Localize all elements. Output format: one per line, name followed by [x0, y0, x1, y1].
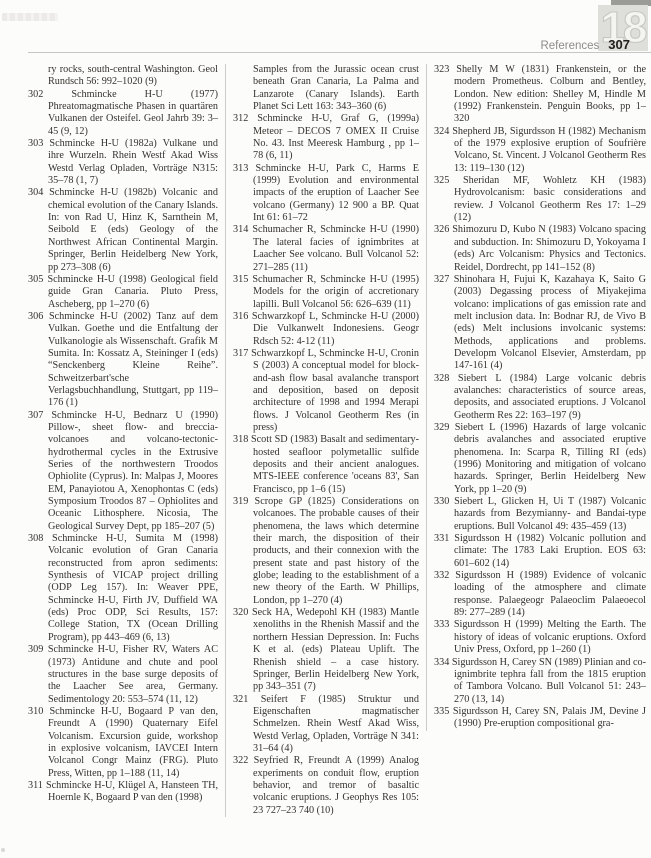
reference-entry: 311 Schmincke H-U, Klügel A, Hansteen TH…: [28, 780, 218, 805]
scan-artifact: [2, 13, 58, 21]
reference-entry: 303 Schmincke H-U (1982a) Vulkane und ih…: [28, 138, 218, 187]
reference-number: 305: [28, 274, 43, 285]
reference-number: 307: [28, 410, 43, 421]
reference-number: 313: [233, 163, 248, 174]
reference-entry: 305 Schmincke H-U (1998) Geological fiel…: [28, 274, 218, 311]
reference-number: 328: [434, 373, 449, 384]
reference-number: 310: [28, 706, 43, 717]
page-number: 307: [608, 37, 630, 52]
reference-number: 311: [28, 780, 43, 791]
reference-entry: 323 Shelly M W (1831) Frankenstein, or t…: [434, 64, 646, 126]
reference-entry: 326 Shimozuru D, Kubo N (1983) Volcano s…: [434, 224, 646, 273]
header-section-label: References: [540, 40, 599, 52]
reference-entry: 327 Shinohara H, Fujui K, Kazahaya K, Sa…: [434, 274, 646, 373]
reference-number: 327: [434, 274, 449, 285]
reference-continuation: Samples from the Jurassic ocean crust be…: [233, 64, 419, 113]
reference-number: 332: [434, 570, 449, 581]
reference-entry: 310 Schmincke H-U, Bogaard P van den, Fr…: [28, 706, 218, 780]
reference-entry: 302 Schmincke H-U (1977) Phreatomagmatis…: [28, 89, 218, 138]
reference-entry: 333 Sigurdsson H (1999) Melting the Eart…: [434, 619, 646, 656]
reference-entry: 320 Seck HA, Wedepohl KH (1983) Mantle x…: [233, 607, 419, 693]
reference-entry: 309 Schmincke H-U, Fisher RV, Waters AC …: [28, 644, 218, 706]
reference-number: 334: [434, 657, 449, 668]
reference-number: 324: [434, 126, 449, 137]
reference-number: 312: [233, 113, 248, 124]
reference-entry: 308 Schmincke H-U, Sumita M (1998) Volca…: [28, 533, 218, 644]
reference-number: 308: [28, 533, 43, 544]
reference-entry: 313 Schmincke H-U, Park C, Harms E (1999…: [233, 163, 419, 225]
reference-number: 314: [233, 224, 248, 235]
reference-entry: 321 Seifert F (1985) Struktur und Eigens…: [233, 694, 419, 756]
reference-entry: 325 Sheridan MF, Wohletz KH (1983) Hydro…: [434, 175, 646, 224]
reference-entry: 331 Sigurdsson H (1982) Volcanic polluti…: [434, 533, 646, 570]
reference-entry: 315 Schumacher R, Schmincke H-U (1995) M…: [233, 274, 419, 311]
reference-entry: 314 Schumacher R, Schmincke H-U (1990) T…: [233, 224, 419, 273]
reference-number: 317: [233, 348, 248, 359]
reference-continuation: ry rocks, south-central Washington. Geol…: [28, 64, 218, 89]
reference-number: 333: [434, 619, 449, 630]
reference-entry: 322 Seyfried R, Freundt A (1999) Analog …: [233, 755, 419, 817]
reference-number: 318: [233, 434, 248, 445]
reference-number: 323: [434, 64, 449, 75]
reference-entry: 318 Scott SD (1983) Basalt and sedimenta…: [233, 434, 419, 496]
references-column-1: ry rocks, south-central Washington. Geol…: [28, 64, 218, 805]
running-header: References 307: [540, 37, 630, 52]
reference-number: 306: [28, 311, 43, 322]
reference-number: 303: [28, 138, 43, 149]
reference-number: 325: [434, 175, 449, 186]
reference-entry: 306 Schmincke H-U (2002) Tanz auf dem Vu…: [28, 311, 218, 410]
reference-number: 309: [28, 644, 43, 655]
reference-entry: 304 Schmincke H-U (1982b) Volcanic and c…: [28, 187, 218, 273]
reference-number: 331: [434, 533, 449, 544]
reference-entry: 334 Sigurdsson H, Carey SN (1989) Plinia…: [434, 657, 646, 706]
scan-artifact-dot: [1, 848, 5, 852]
reference-number: 304: [28, 187, 43, 198]
reference-number: 321: [233, 694, 248, 705]
reference-entry: 319 Scrope GP (1825) Considerations on v…: [233, 496, 419, 607]
reference-entry: 312 Schmincke H-U, Graf G, (1999a) Meteo…: [233, 113, 419, 162]
reference-number: 322: [233, 755, 248, 766]
references-block: ry rocks, south-central Washington. Geol…: [28, 64, 646, 817]
reference-entry: 316 Schwarzkopf L, Schmincke H-U (2000) …: [233, 311, 419, 348]
reference-entry: 330 Siebert L, Glicken H, Ui T (1987) Vo…: [434, 496, 646, 533]
reference-number: 320: [233, 607, 248, 618]
reference-entry: 332 Sigurdsson H (1989) Evidence of volc…: [434, 570, 646, 619]
reference-number: 329: [434, 422, 449, 433]
reference-number: 335: [434, 706, 449, 717]
reference-entry: 307 Schmincke H-U, Bednarz U (1990) Pill…: [28, 410, 218, 533]
reference-entry: 328 Siebert L (1984) Large volcanic debr…: [434, 373, 646, 422]
reference-number: 315: [233, 274, 248, 285]
references-column-2: Samples from the Jurassic ocean crust be…: [225, 64, 419, 817]
reference-entry: 335 Sigurdsson H, Carey SN, Palais JM, D…: [434, 706, 646, 731]
reference-number: 302: [28, 89, 43, 100]
reference-number: 316: [233, 311, 248, 322]
reference-entry: 329 Siebert L (1996) Hazards of large vo…: [434, 422, 646, 496]
reference-number: 319: [233, 496, 248, 507]
book-page: 18 References 307 ry rocks, south-centra…: [0, 0, 651, 858]
reference-entry: 324 Shepherd JB, Sigurdsson H (1982) Mec…: [434, 126, 646, 175]
reference-number: 330: [434, 496, 449, 507]
reference-number: 326: [434, 224, 449, 235]
reference-entry: 317 Schwarzkopf L, Schmincke H-U, Cronin…: [233, 348, 419, 434]
references-column-3: 323 Shelly M W (1831) Frankenstein, or t…: [426, 64, 646, 731]
header-rule: [28, 52, 651, 53]
